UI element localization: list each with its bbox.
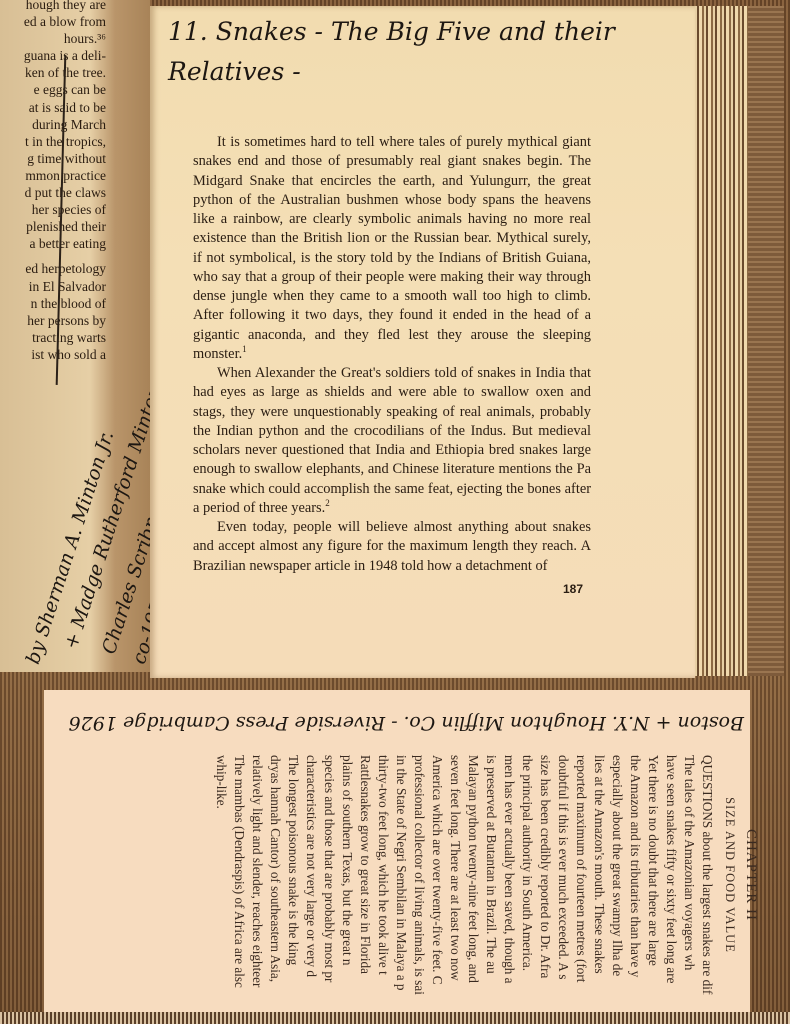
paragraph: Even today, people will believe almost a… bbox=[193, 518, 591, 576]
text-line: a better eating bbox=[6, 235, 106, 252]
text-line: e eggs can be bbox=[6, 81, 106, 98]
text-line: doubtful if this is ever much exceeded. … bbox=[554, 755, 572, 995]
handwritten-publisher-line: Boston + N.Y. Houghton Mifflin Co. - Riv… bbox=[64, 694, 744, 734]
footnote-marker: 2 bbox=[325, 498, 330, 508]
text-line: guana is a deli- bbox=[6, 47, 106, 64]
text-line: professional collector of living animals… bbox=[410, 755, 428, 995]
text-line: size has been credibly reported to Dr. A… bbox=[536, 755, 554, 995]
text-line: ken of the tree. bbox=[6, 64, 106, 81]
text-line: Malayan python twenty-nine feet long, an… bbox=[464, 755, 482, 995]
text-line: the Amazon and its tributaries than have… bbox=[626, 755, 644, 995]
text-line: seven feet long. There are at least two … bbox=[446, 755, 464, 995]
previous-page-strip: hough they are ed a blow from hours.³⁶ g… bbox=[0, 0, 150, 672]
paragraph: When Alexander the Great's soldiers told… bbox=[193, 364, 591, 518]
text-line: plains of southern Texas, but the great … bbox=[338, 755, 356, 995]
page-number: 187 bbox=[563, 582, 583, 596]
text-line: reported maximum of fourteen metres (for… bbox=[572, 755, 590, 995]
text-line: men has ever actually been saved, though… bbox=[500, 755, 518, 995]
footnote-marker: 1 bbox=[242, 344, 247, 354]
text-line: species and those that are probably most… bbox=[320, 755, 338, 995]
body-text: It is sometimes hard to tell where tales… bbox=[193, 133, 591, 576]
text-line: mmon practice bbox=[6, 167, 106, 184]
text-line: d put the claws bbox=[6, 184, 106, 201]
text-line: hours.³⁶ bbox=[6, 30, 106, 47]
text-line: especially about the great swampy Ilha d… bbox=[608, 755, 626, 995]
text-line: n the blood of bbox=[6, 295, 106, 312]
text-line: dryas hannah Cantor) of southeastern Asi… bbox=[266, 755, 284, 995]
chapter-heading: CHAPTER II bbox=[740, 755, 762, 995]
text-line: hough they are bbox=[6, 0, 106, 13]
text-line: g time without bbox=[6, 150, 106, 167]
bottom-edge bbox=[0, 1012, 790, 1024]
main-book-page: 11. Snakes - The Big Five and their Rela… bbox=[150, 6, 695, 678]
text-line: t in the tropics, bbox=[6, 133, 106, 150]
text-line: characteristics are not very large or ve… bbox=[302, 755, 320, 995]
text-line: during March bbox=[6, 116, 106, 133]
text-line: lies at the Amazon's mouth. These snakes bbox=[590, 755, 608, 995]
text-line: thirty-two feet long, which he took aliv… bbox=[374, 755, 392, 995]
text-line: at is said to be bbox=[6, 99, 106, 116]
text-line: The tales of the Amazonian voyagers wh bbox=[680, 755, 698, 995]
text-line: QUESTIONS about the largest snakes are d… bbox=[698, 755, 716, 995]
text-line: The mambas (Dendraspis) of Africa are al… bbox=[230, 755, 248, 995]
text-line: The longest poisonous snake is the king bbox=[284, 755, 302, 995]
book-cover-edge bbox=[748, 6, 784, 676]
text-line: Rattlesnakes grow to great size in Flori… bbox=[356, 755, 374, 995]
chapter-title: SIZE AND FOOD VALUE bbox=[720, 755, 740, 995]
rotated-clipping-page: Boston + N.Y. Houghton Mifflin Co. - Riv… bbox=[44, 690, 750, 1012]
text-line: relatively light and slender, reaches ei… bbox=[248, 755, 266, 995]
text-line: Yet there is no doubt that there are lar… bbox=[644, 755, 662, 995]
paragraph: It is sometimes hard to tell where tales… bbox=[193, 133, 591, 364]
rotated-chapter-text: CHAPTER II SIZE AND FOOD VALUE QUESTIONS… bbox=[172, 755, 762, 995]
text-line: ed herpetology bbox=[6, 260, 106, 277]
previous-page-text: hough they are ed a blow from hours.³⁶ g… bbox=[6, 0, 106, 363]
text-line: America which are over twenty-five feet.… bbox=[428, 755, 446, 995]
text-line: in El Salvador bbox=[6, 278, 106, 295]
text-line: plenished their bbox=[6, 218, 106, 235]
text-line: is preserved at Butantan in Brazil. The … bbox=[482, 755, 500, 995]
text-line: ed a blow from bbox=[6, 13, 106, 30]
text-line: the principal authority in South America… bbox=[518, 755, 536, 995]
handwritten-title: 11. Snakes - The Big Five and their Rela… bbox=[168, 12, 648, 92]
text-line: whip-like. bbox=[212, 755, 230, 995]
book-page-edges bbox=[690, 6, 748, 676]
text-line: her persons by bbox=[6, 312, 106, 329]
text-line: her species of bbox=[6, 201, 106, 218]
text-line: in the State of Negri Sembilan in Malaya… bbox=[392, 755, 410, 995]
text-line: have seen snakes fifty or sixty feet lon… bbox=[662, 755, 680, 995]
